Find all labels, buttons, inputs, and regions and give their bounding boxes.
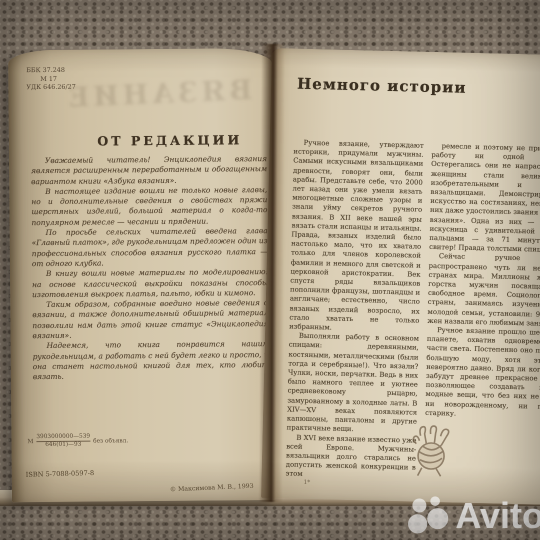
left-paragraph: В настоящее издание вошли не только новы… xyxy=(31,185,267,228)
left-page-heading: ОТ РЕДАКЦИИ xyxy=(65,132,275,149)
history-column-2: ремесле и поэтому не принимали на работу… xyxy=(425,142,540,422)
editorial-text: Уважаемый читатель! Энциклопедия вязания… xyxy=(31,154,269,383)
page-number-marker: 1* xyxy=(303,479,310,486)
catalog-suffix: без объявл. xyxy=(93,438,128,444)
right-paragraph: Ручное вязание, утверждают историки, при… xyxy=(289,139,424,335)
catalog-numerator: 3903000000—539 xyxy=(36,434,90,440)
left-page: ББК 37.248 М 17 УДК 646.26/27 ВЯЗАНИЕ ОТ… xyxy=(8,48,276,502)
right-paragraph: ремесле и поэтому не принимали на работу… xyxy=(429,142,540,256)
right-page: Немного истории Ручное вязание, утвержда… xyxy=(261,48,540,505)
right-paragraph: Сейчас ручное вязание распространено чут… xyxy=(427,252,540,329)
right-paragraph: В XVI веке вязание известно уже всей Евр… xyxy=(285,433,416,482)
avito-watermark: Avito xyxy=(408,494,540,538)
left-paragraph: В книгу вошли новые материалы по моделир… xyxy=(32,267,268,300)
left-paragraph: Таким образом, собранные воедино новые с… xyxy=(32,298,268,341)
avito-logo-icon xyxy=(408,494,450,538)
catalog-fraction: 3903000000—539 646(01)—93 xyxy=(36,434,90,449)
isbn: ISBN 5-7088-0597-8 xyxy=(26,469,95,479)
right-page-heading: Немного истории xyxy=(297,75,467,97)
catalog-prefix: М xyxy=(27,439,33,445)
left-paragraph: По просьбе сельских читателей введена гл… xyxy=(32,226,268,269)
yarn-ball-icon xyxy=(407,423,456,480)
right-paragraph: Ручное вязание прошло шествием по планет… xyxy=(425,326,540,422)
book-photo-scene: ББК 37.248 М 17 УДК 646.26/27 ВЯЗАНИЕ ОТ… xyxy=(0,0,540,540)
copyright-line: © Максимова М. В., 1993 xyxy=(170,483,254,494)
history-column-1: Ручное вязание, утверждают историки, при… xyxy=(285,139,423,483)
avito-wordmark: Avito xyxy=(455,495,540,537)
showthrough-ghost-text: ВЯЗАНИЕ xyxy=(48,74,269,115)
catalog-formula: М 3903000000—539 646(01)—93 без объявл. xyxy=(27,433,128,449)
left-paragraph: Надеемся, что книга понравится нашим рук… xyxy=(33,339,269,382)
catalog-denominator: 646(01)—93 xyxy=(36,441,90,449)
left-paragraph: Уважаемый читатель! Энциклопедия вязания… xyxy=(31,154,267,187)
right-paragraph: Выполняли работу в основном спицами: дер… xyxy=(287,332,419,436)
book-spine-shadow xyxy=(259,44,285,502)
